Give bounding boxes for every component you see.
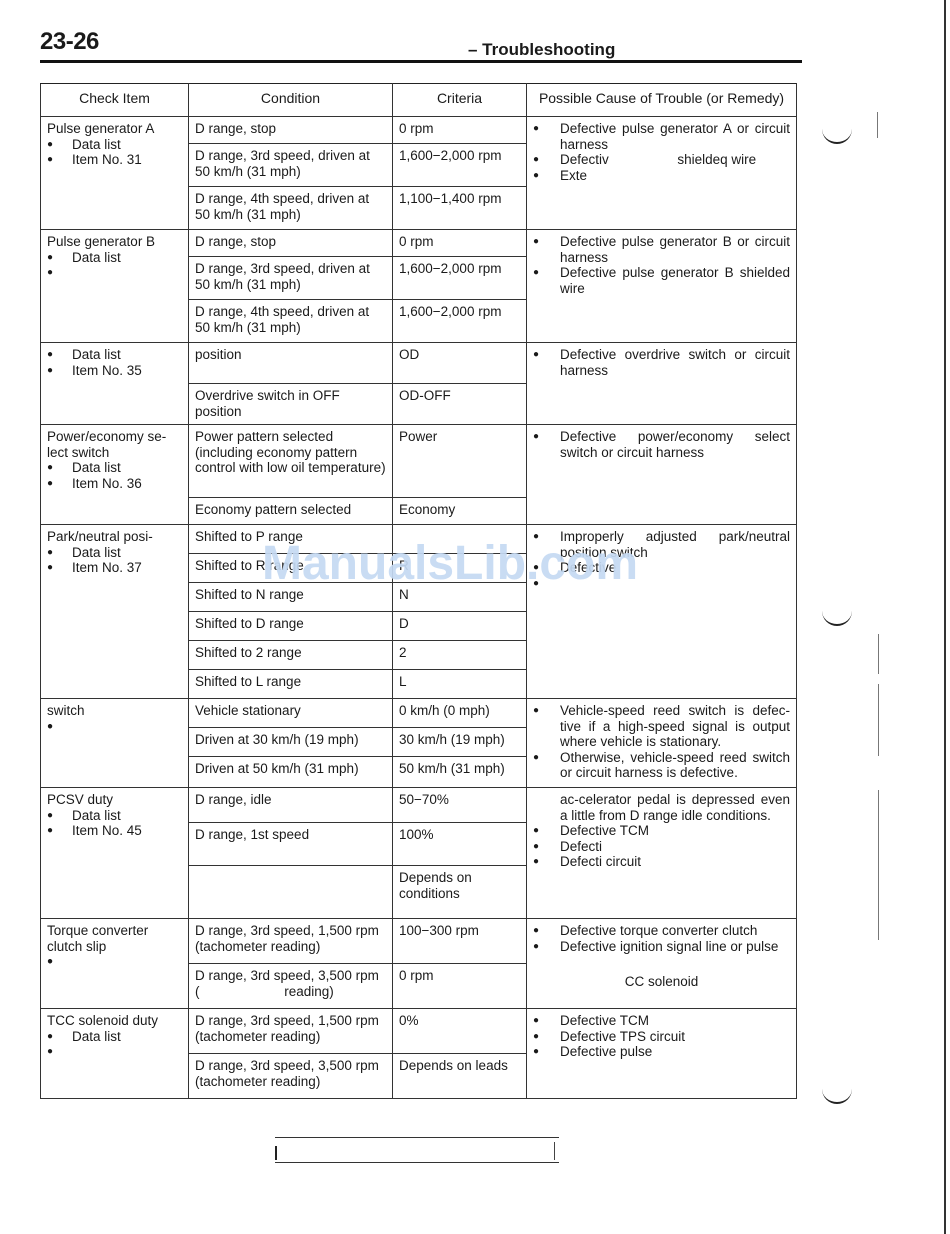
punch-hole-mark [822, 604, 852, 626]
column-header-check-item: Check Item [41, 84, 189, 117]
cause-item: Defective overdrive switch or circuit ha… [533, 347, 790, 378]
table-row: Park/neutral posi-Data listItem No. 37Sh… [41, 525, 797, 554]
check-item-bullets: Data listItem No. 37 [47, 545, 182, 576]
criteria-cell: N [393, 583, 527, 612]
cause-cell: Defective power/economy select switch or… [527, 425, 797, 525]
check-item-title: Torque converter clutch slip [47, 923, 182, 954]
criteria-cell: 0 rpm [393, 964, 527, 1009]
header-rule [40, 60, 802, 63]
cause-list: Vehicle-speed reed switch is defec-tive … [533, 703, 790, 781]
table-row: PCSV dutyData listItem No. 45D range, id… [41, 788, 797, 823]
check-item-bullets: Data list [47, 1029, 182, 1045]
condition-cell: Driven at 30 km/h (19 mph) [189, 728, 393, 757]
cause-item: Improperly adjusted park/neutral positio… [533, 529, 790, 560]
cause-item: Exte [533, 168, 790, 184]
cause-item: Defecti circuit [533, 854, 790, 870]
condition-cell: D range, idle [189, 788, 393, 823]
condition-cell: D range, 3rd speed, driven at 50 km/h (3… [189, 144, 393, 187]
page-edge [944, 0, 946, 1234]
condition-cell: Shifted to 2 range [189, 641, 393, 670]
criteria-cell: D [393, 612, 527, 641]
cause-item: Vehicle-speed reed switch is defec-tive … [533, 703, 790, 750]
check-item-title: Pulse generator A [47, 121, 182, 137]
cause-cell: Vehicle-speed reed switch is defec-tive … [527, 699, 797, 788]
cause-list: Defective torque converter clutchDefecti… [533, 923, 790, 954]
bullet-item: Item No. 35 [47, 363, 182, 379]
condition-cell: D range, 3rd speed, driven at 50 km/h (3… [189, 257, 393, 300]
condition-cell: Shifted to L range [189, 670, 393, 699]
column-header-cause: Possible Cause of Trouble (or Remedy) [527, 84, 797, 117]
criteria-cell: 1,100−1,400 rpm [393, 187, 527, 230]
check-item-bullets: Data listItem No. 36 [47, 460, 182, 491]
margin-mark [878, 634, 879, 674]
criteria-cell: 1,600−2,000 rpm [393, 144, 527, 187]
criteria-cell: 0 rpm [393, 117, 527, 144]
criteria-cell: 1,600−2,000 rpm [393, 257, 527, 300]
condition-cell: D range, 4th speed, driven at 50 km/h (3… [189, 187, 393, 230]
condition-cell: D range, stop [189, 230, 393, 257]
criteria-cell [393, 525, 527, 554]
cause-cell: Defective pulse generator B or circuit h… [527, 230, 797, 343]
cause-item: Defective pulse generator B or circuit h… [533, 234, 790, 265]
table-row: switchVehicle stationary0 km/h (0 mph)Ve… [41, 699, 797, 728]
cause-tail: CC solenoid [533, 974, 790, 990]
margin-mark [878, 700, 879, 756]
condition-cell: Economy pattern selected [189, 498, 393, 525]
cause-cell: Defective pulse generator A or circuit h… [527, 117, 797, 230]
bullet-item: Data list [47, 137, 182, 153]
bullet-item: Item No. 36 [47, 476, 182, 492]
bullet-item: Data list [47, 808, 182, 824]
check-item-bullets: Data list [47, 250, 182, 266]
margin-mark [877, 112, 878, 138]
criteria-cell: OD [393, 343, 527, 384]
page-number: 23-26 [40, 28, 99, 56]
table-row: TCC solenoid dutyData listD range, 3rd s… [41, 1009, 797, 1054]
bullet-item: Data list [47, 250, 182, 266]
cause-item: Defective pulse [533, 1044, 790, 1060]
check-item-cell: Power/economy se-lect switchData listIte… [41, 425, 189, 525]
bullet-item: Item No. 45 [47, 823, 182, 839]
bullet-item: Data list [47, 347, 182, 363]
cause-item: Defective TCM [533, 823, 790, 839]
cause-item: Defective TCM [533, 1013, 790, 1029]
condition-cell: D range, stop [189, 117, 393, 144]
cause-item: Defecti [533, 839, 790, 855]
bullet-item: Item No. 31 [47, 152, 182, 168]
condition-cell: D range, 4th speed, driven at 50 km/h (3… [189, 300, 393, 343]
bullet-item: Data list [47, 545, 182, 561]
cause-list: Defective pulse generator A or circuit h… [533, 121, 790, 183]
condition-cell: Shifted to R range [189, 554, 393, 583]
criteria-cell: Economy [393, 498, 527, 525]
criteria-cell: 100% [393, 823, 527, 866]
check-item-cell: Park/neutral posi-Data listItem No. 37 [41, 525, 189, 699]
cause-item: Defective pulse generator B shielded wir… [533, 265, 790, 296]
cause-item: Defective pulse generator A or circuit h… [533, 121, 790, 152]
cause-list: Defective overdrive switch or circuit ha… [533, 347, 790, 378]
cause-item: Defective power/economy select switch or… [533, 429, 790, 460]
table-row: Pulse generator BData listD range, stop0… [41, 230, 797, 257]
table-row: Torque converter clutch slipD range, 3rd… [41, 919, 797, 964]
check-item-cell: PCSV dutyData listItem No. 45 [41, 788, 189, 919]
criteria-cell: Depends on leads [393, 1054, 527, 1099]
table-row: Power/economy se-lect switchData listIte… [41, 425, 797, 498]
check-item-cell: switch [41, 699, 189, 788]
table-row: Pulse generator AData listItem No. 31D r… [41, 117, 797, 144]
check-item-bullets: Data listItem No. 31 [47, 137, 182, 168]
cause-cell: Defective TCMDefective TPS circuitDefect… [527, 1009, 797, 1099]
check-item-title: switch [47, 703, 182, 719]
bullet-item: Data list [47, 1029, 182, 1045]
cause-list: Defective power/economy select switch or… [533, 429, 790, 460]
criteria-cell: L [393, 670, 527, 699]
condition-cell: Shifted to D range [189, 612, 393, 641]
criteria-cell: 0 rpm [393, 230, 527, 257]
troubleshooting-table: Check Item Condition Criteria Possible C… [40, 83, 797, 1099]
condition-cell: Vehicle stationary [189, 699, 393, 728]
cause-item: Defectiv shieldeq wire [533, 152, 790, 168]
check-item-title: PCSV duty [47, 792, 182, 808]
margin-mark [878, 790, 879, 940]
check-item-title: TCC solenoid duty [47, 1013, 182, 1029]
condition-cell: D range, 3rd speed, 1,500 rpm (tachomete… [189, 1009, 393, 1054]
check-item-cell: Pulse generator BData list [41, 230, 189, 343]
cause-item: Defective torque converter clutch [533, 923, 790, 939]
cause-list: Defective TCMDefective TPS circuitDefect… [533, 1013, 790, 1060]
cause-item: Defective [533, 560, 790, 576]
condition-cell: D range, 3rd speed, 3,500 rpm ( reading) [189, 964, 393, 1009]
check-item-bullets: Data listItem No. 45 [47, 808, 182, 839]
criteria-cell: OD-OFF [393, 384, 527, 425]
cause-list: Defective TCMDefectiDefecti circuit [533, 823, 790, 870]
check-item-cell: Pulse generator AData listItem No. 31 [41, 117, 189, 230]
condition-cell: D range, 3rd speed, 1,500 rpm (tachomete… [189, 919, 393, 964]
condition-cell: Overdrive switch in OFF position [189, 384, 393, 425]
cause-item: Defective TPS circuit [533, 1029, 790, 1045]
criteria-cell: 50 km/h (31 mph) [393, 757, 527, 788]
bullet-item: Data list [47, 460, 182, 476]
criteria-cell: 0% [393, 1009, 527, 1054]
condition-cell: position [189, 343, 393, 384]
criteria-cell: 30 km/h (19 mph) [393, 728, 527, 757]
cause-cell: Defective overdrive switch or circuit ha… [527, 343, 797, 425]
condition-cell: D range, 3rd speed, 3,500 rpm (tachomete… [189, 1054, 393, 1099]
section-title: – Troubleshooting [468, 40, 615, 60]
table-header-row: Check Item Condition Criteria Possible C… [41, 84, 797, 117]
criteria-cell: 50−70% [393, 788, 527, 823]
cause-cell: Improperly adjusted park/neutral positio… [527, 525, 797, 699]
footer-box [275, 1137, 559, 1163]
check-item-cell: Data listItem No. 35 [41, 343, 189, 425]
criteria-cell: Power [393, 425, 527, 498]
criteria-cell: 0 km/h (0 mph) [393, 699, 527, 728]
criteria-cell: 2 [393, 641, 527, 670]
cause-cell: ac-celerator pedal is depressed even a l… [527, 788, 797, 919]
check-item-cell: TCC solenoid dutyData list [41, 1009, 189, 1099]
bullet-item: Item No. 37 [47, 560, 182, 576]
check-item-title: Power/economy se-lect switch [47, 429, 182, 460]
condition-cell: Power pattern selected (including econom… [189, 425, 393, 498]
punch-hole-mark [822, 122, 852, 144]
cause-item: Otherwise, vehicle-speed reed switch or … [533, 750, 790, 781]
check-item-bullets: Data listItem No. 35 [47, 347, 182, 378]
condition-cell: Driven at 50 km/h (31 mph) [189, 757, 393, 788]
column-header-condition: Condition [189, 84, 393, 117]
check-item-title: Pulse generator B [47, 234, 182, 250]
cause-item: Defective ignition signal line or pulse [533, 939, 790, 955]
condition-cell [189, 866, 393, 919]
condition-cell: Shifted to P range [189, 525, 393, 554]
condition-cell: D range, 1st speed [189, 823, 393, 866]
check-item-title: Park/neutral posi- [47, 529, 182, 545]
cause-cell: Defective torque converter clutchDefecti… [527, 919, 797, 1009]
cause-intro: ac-celerator pedal is depressed even a l… [533, 792, 790, 823]
cause-list: Defective pulse generator B or circuit h… [533, 234, 790, 296]
punch-hole-mark [822, 1082, 852, 1104]
criteria-cell: 100−300 rpm [393, 919, 527, 964]
check-item-cell: Torque converter clutch slip [41, 919, 189, 1009]
criteria-cell: R [393, 554, 527, 583]
cause-list: Improperly adjusted park/neutral positio… [533, 529, 790, 576]
criteria-cell: Depends on conditions [393, 866, 527, 919]
table-row: Data listItem No. 35positionODDefective … [41, 343, 797, 384]
column-header-criteria: Criteria [393, 84, 527, 117]
criteria-cell: 1,600−2,000 rpm [393, 300, 527, 343]
condition-cell: Shifted to N range [189, 583, 393, 612]
